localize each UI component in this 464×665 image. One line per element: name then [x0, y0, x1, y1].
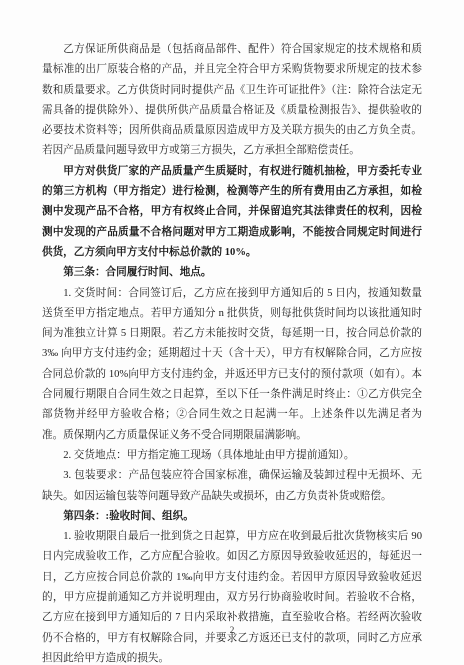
contract-paragraph: 1. 交货时间：合同签订后，乙方应在接到甲方通知后的 5 日内，按通知数量送货至… [42, 284, 422, 446]
contract-paragraph: 第三条：合同履行时间、地点。 [42, 263, 422, 283]
document-body: 乙方保证所供商品是（包括商品部件、配件）符合国家规定的技术规格和质量标准的出厂原… [42, 40, 422, 665]
document-page: 乙方保证所供商品是（包括商品部件、配件）符合国家规定的技术规格和质量标准的出厂原… [0, 0, 464, 665]
contract-paragraph: 1. 验收期限自最后一批到货之日起算，甲方应在收到最后批次货物核实后 90 日内… [42, 527, 422, 665]
contract-paragraph: 乙方保证所供商品是（包括商品部件、配件）符合国家规定的技术规格和质量标准的出厂原… [42, 40, 422, 162]
page-number: 2 [0, 626, 464, 636]
contract-paragraph: 2. 交货地点：甲方指定施工现场（具体地址由甲方提前通知）。 [42, 446, 422, 466]
contract-paragraph: 甲方对供货厂家的产品质量产生质疑时，有权进行随机抽检，甲方委托专业的第三方机构（… [42, 162, 422, 263]
contract-paragraph: 3. 包装要求：产品包装应符合国家标准，确保运输及装卸过程中无损坏、无缺失。如因… [42, 466, 422, 507]
contract-paragraph: 第四条：:验收时间、组织。 [42, 507, 422, 527]
